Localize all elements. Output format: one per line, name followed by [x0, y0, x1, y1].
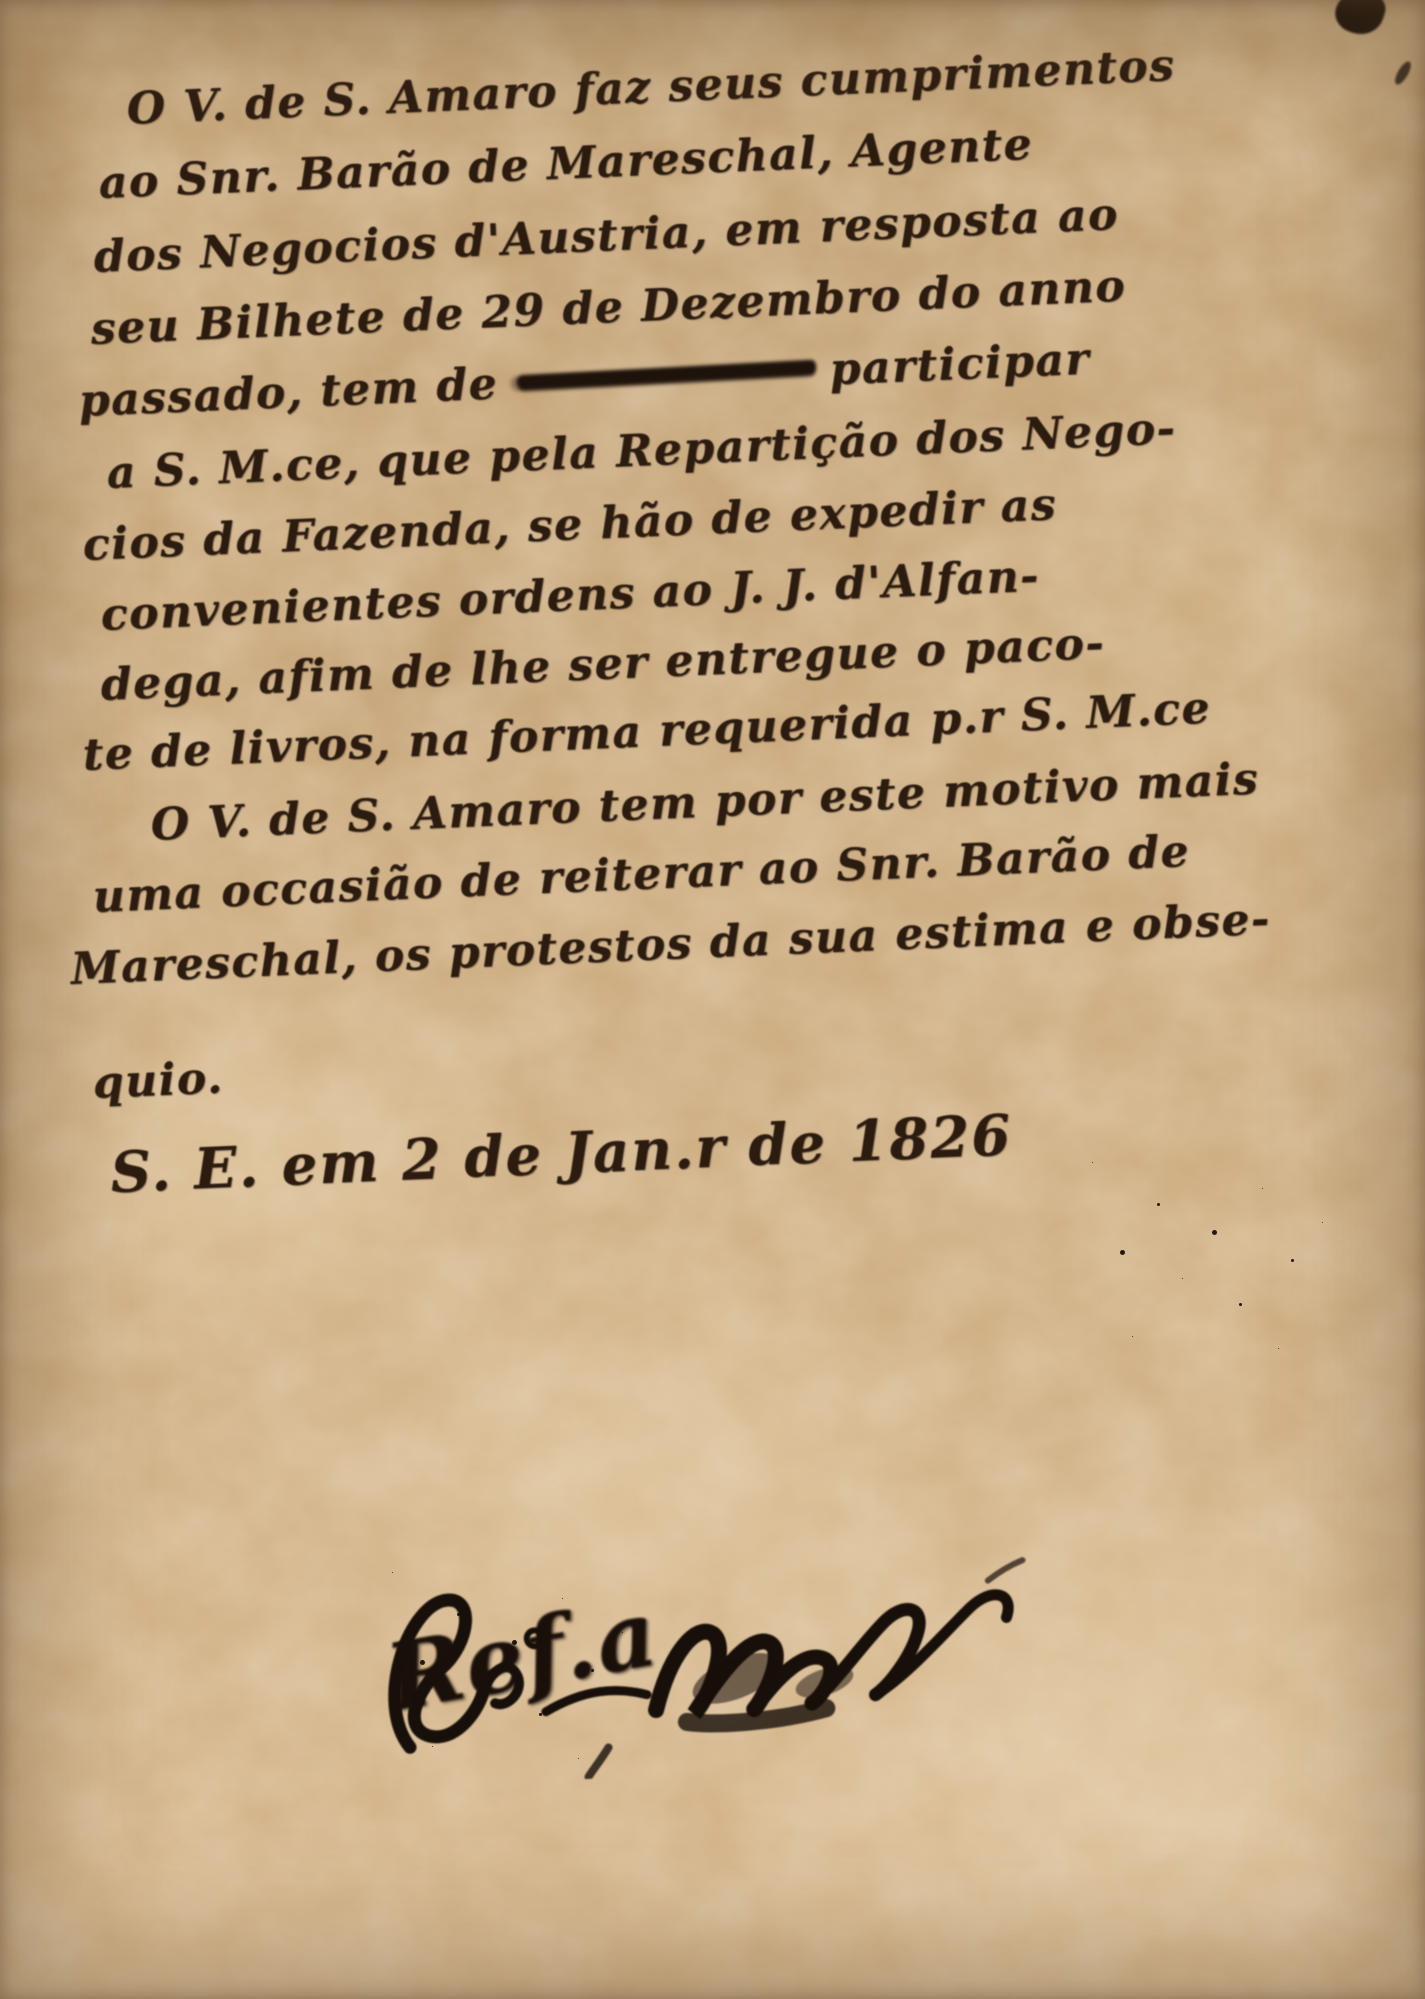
- manuscript-line-2: ao Snr. Barão de Mareschal, Agente: [98, 119, 1034, 209]
- docket-rubric-icon: [345, 1505, 1080, 1795]
- line-5-before-strike: passado, tem de: [78, 358, 499, 427]
- docket-signature: Ref.a: [345, 1505, 1080, 1795]
- line-5-after-strike: participar: [829, 334, 1091, 396]
- ink-strikethrough: [516, 360, 816, 391]
- manuscript-line-14: quio.: [92, 1053, 225, 1109]
- manuscript-dateline: S. E. em 2 de Jan.r de 1826: [109, 1102, 1013, 1206]
- manuscript-page: O V. de S. Amaro faz seus cumprimentos a…: [0, 0, 1425, 1999]
- ink-spatter: [1120, 1250, 1125, 1255]
